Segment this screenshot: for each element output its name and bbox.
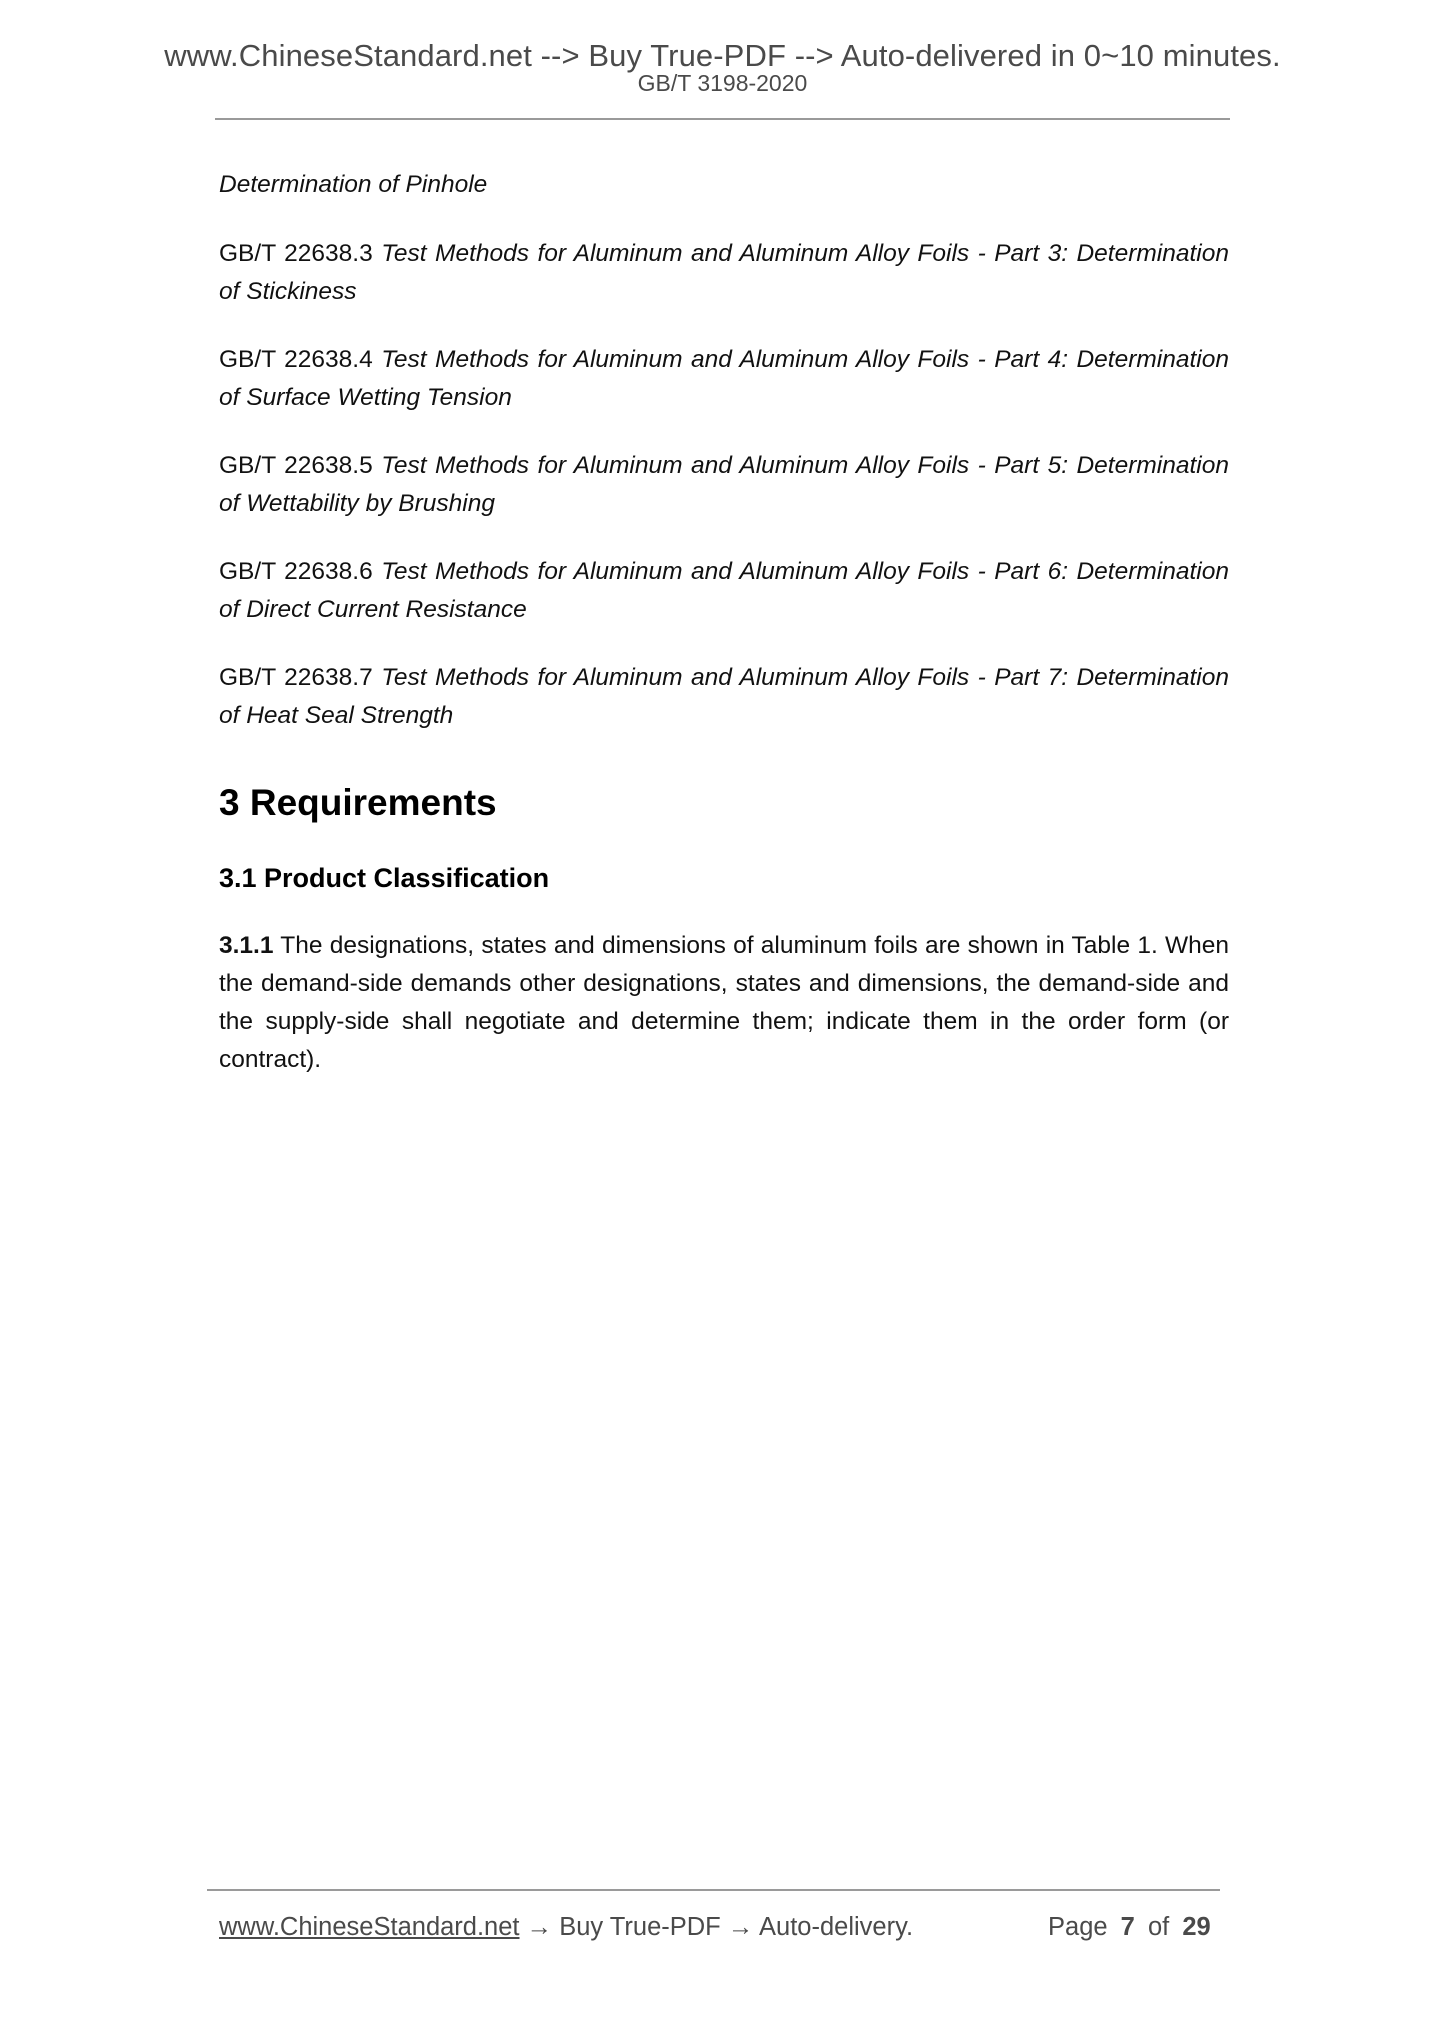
of-label: of	[1148, 1913, 1169, 1941]
total-pages: 29	[1182, 1913, 1210, 1941]
arrow-right-icon: →	[728, 1913, 754, 1941]
clause-text: The designations, states and dimensions …	[219, 932, 1229, 1073]
site-link[interactable]: www.ChineseStandard.net	[219, 1913, 520, 1941]
reference-item: GB/T 22638.7 Test Methods for Aluminum a…	[219, 659, 1229, 735]
buy-text: Buy True-PDF	[559, 1913, 721, 1941]
reference-code: GB/T 22638.5	[219, 452, 373, 479]
reference-item: GB/T 22638.3 Test Methods for Aluminum a…	[219, 235, 1229, 311]
header-divider	[215, 118, 1230, 120]
page-label: Page	[1048, 1913, 1108, 1941]
reference-continuation: Determination of Pinhole	[219, 166, 1229, 204]
clause-paragraph: 3.1.1 The designations, states and dimen…	[219, 927, 1229, 1079]
current-page: 7	[1121, 1913, 1135, 1941]
page-indicator: Page 7 of 29	[1048, 1912, 1211, 1942]
delivery-text: Auto-delivery.	[759, 1913, 913, 1941]
reference-title: Determination of Pinhole	[219, 171, 487, 198]
reference-item: GB/T 22638.6 Test Methods for Aluminum a…	[219, 553, 1229, 629]
reference-code: GB/T 22638.7	[219, 664, 373, 691]
clause-number: 3.1.1	[219, 932, 274, 959]
section-heading: 3 Requirements	[219, 781, 1229, 825]
arrow-right-icon: →	[527, 1913, 553, 1941]
page-content: Determination of Pinhole GB/T 22638.3 Te…	[219, 166, 1229, 1079]
footer-divider	[207, 1889, 1220, 1891]
reference-code: GB/T 22638.3	[219, 240, 373, 267]
reference-item: GB/T 22638.5 Test Methods for Aluminum a…	[219, 447, 1229, 523]
standard-code: GB/T 3198-2020	[0, 70, 1445, 96]
reference-code: GB/T 22638.6	[219, 558, 373, 585]
footer-promo: www.ChineseStandard.net → Buy True-PDF →…	[219, 1912, 913, 1942]
top-banner: www.ChineseStandard.net --> Buy True-PDF…	[0, 38, 1445, 74]
subsection-heading: 3.1 Product Classification	[219, 861, 1229, 895]
reference-code: GB/T 22638.4	[219, 346, 373, 373]
reference-item: GB/T 22638.4 Test Methods for Aluminum a…	[219, 341, 1229, 417]
